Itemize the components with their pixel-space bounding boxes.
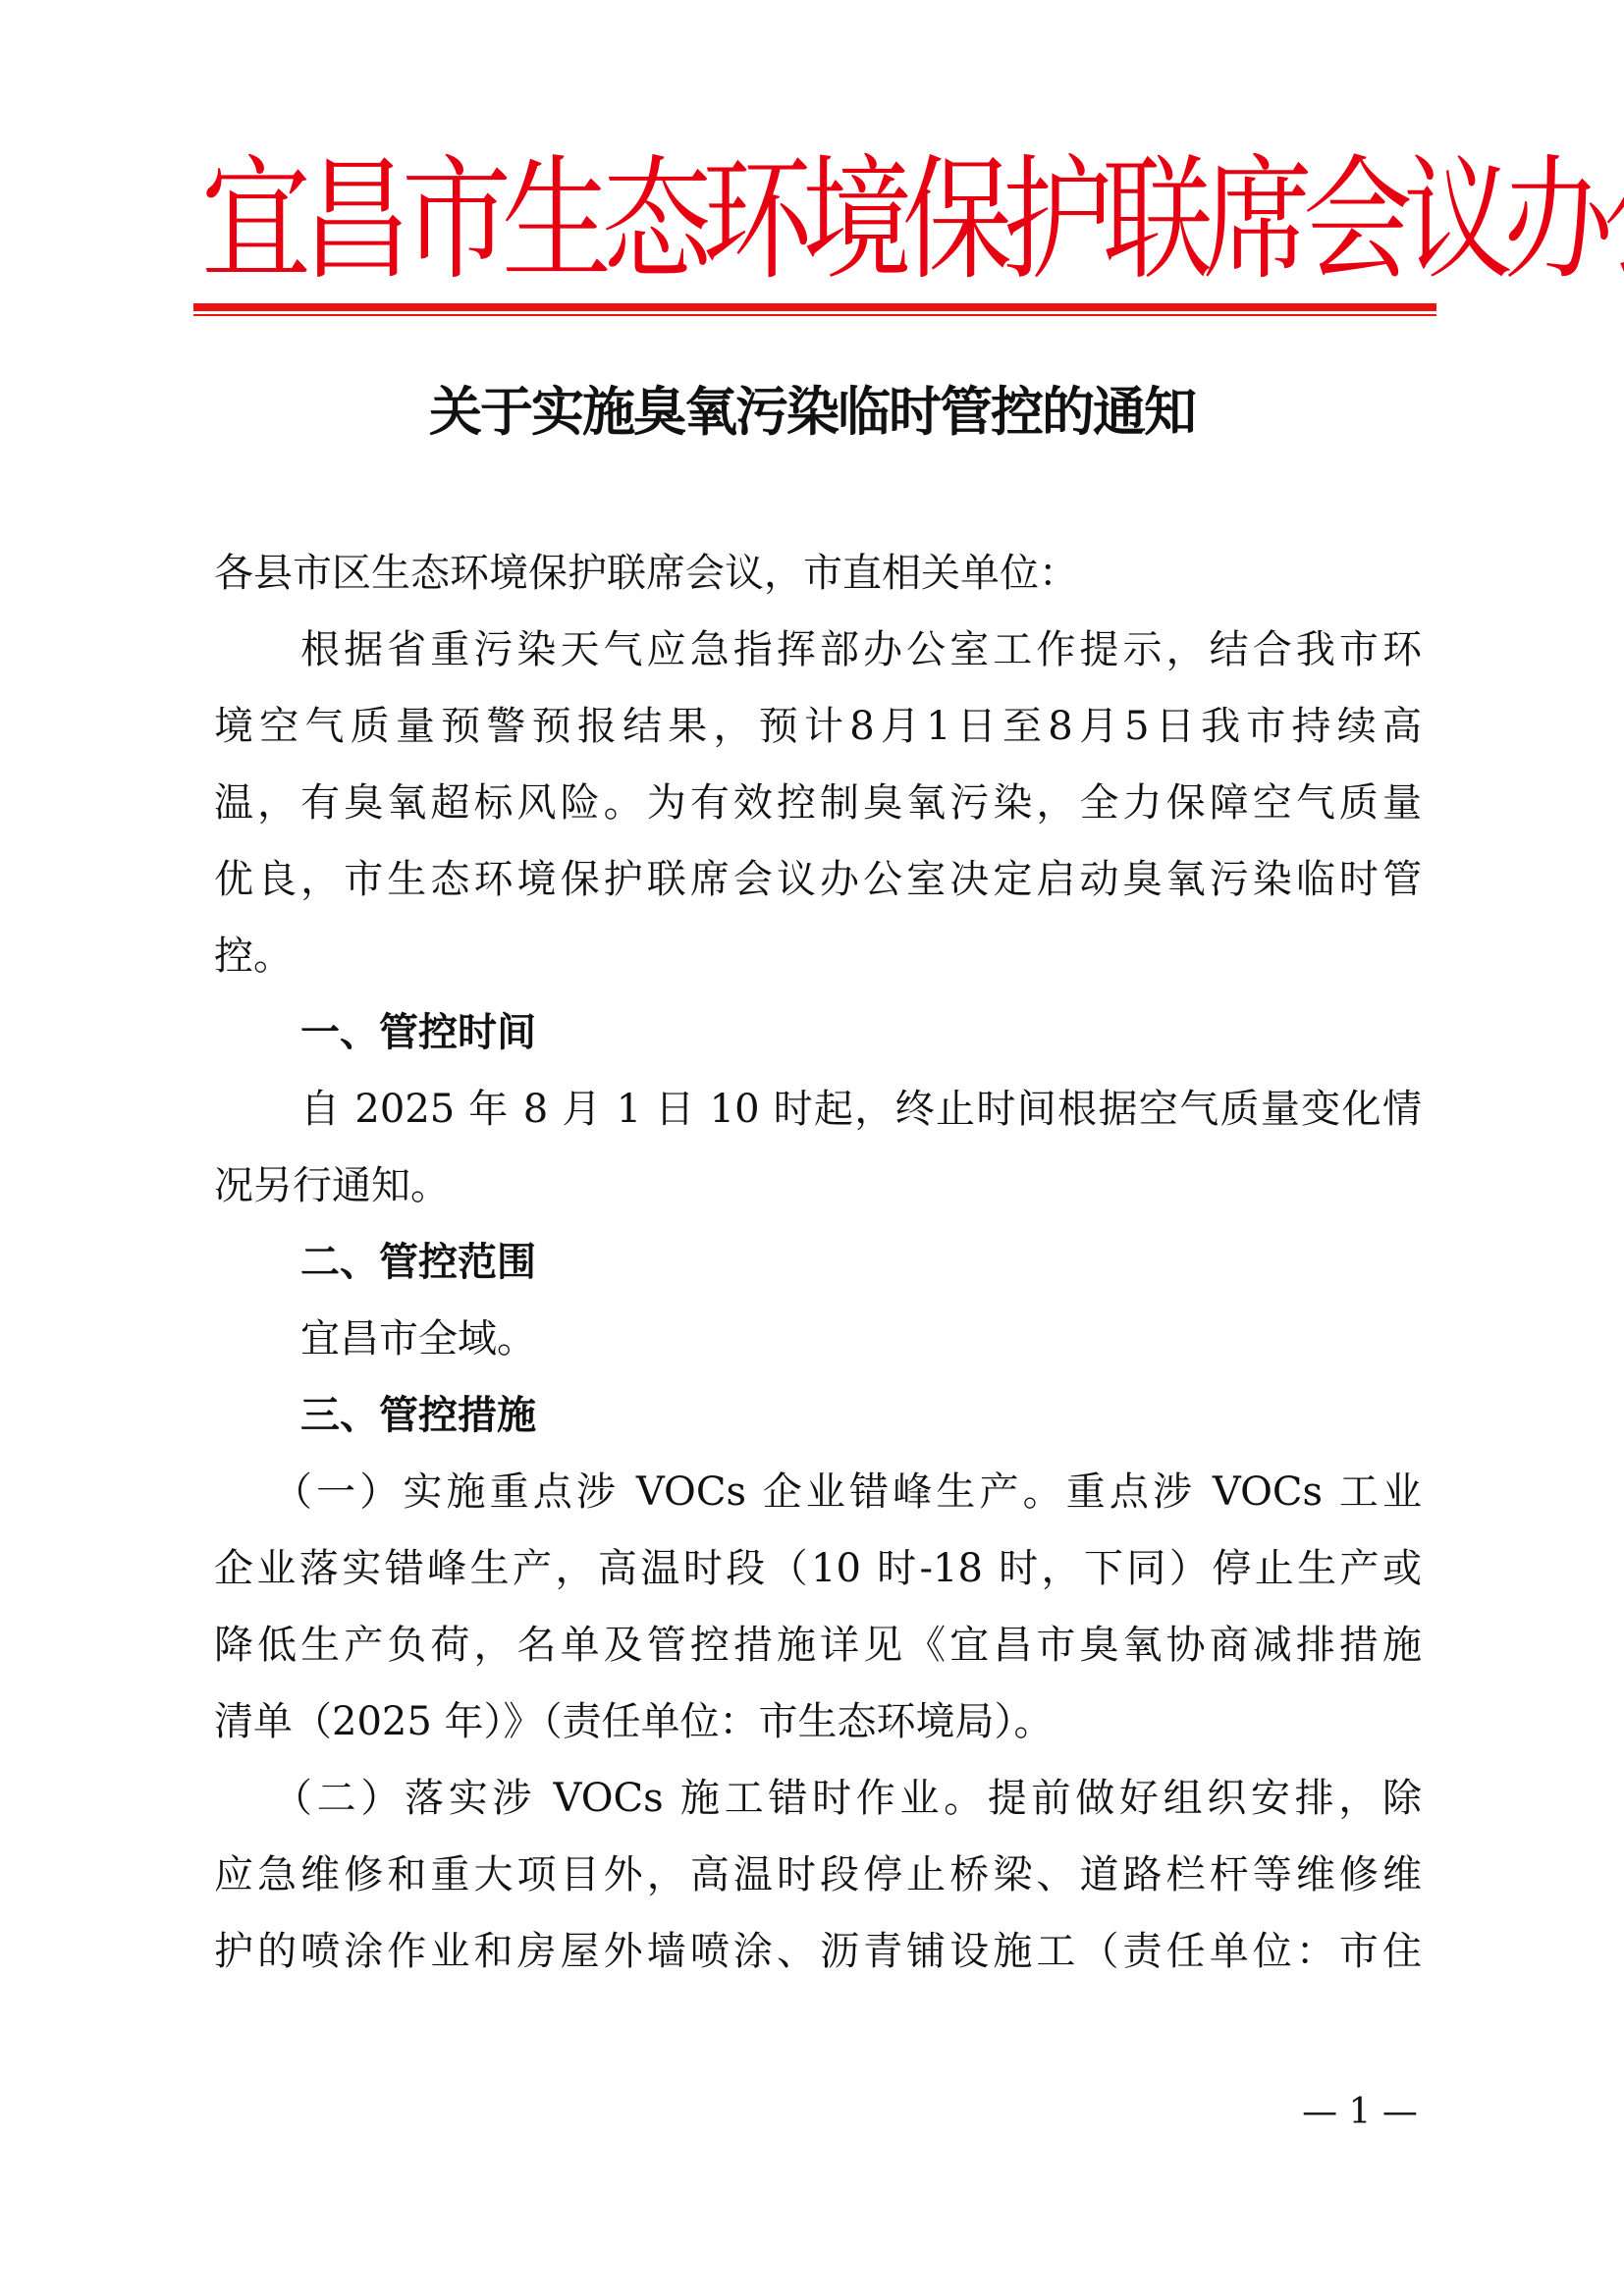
section-control-measures: 三、管控措施 （一）实施重点涉 VOCs 企业错峰生产。重点涉 VOCs 工业 …: [214, 1377, 1422, 1990]
document-body: 各县市区生态环境保护联席会议，市直相关单位： 根据省重污染天气应急指挥部办公室工…: [214, 535, 1422, 1990]
paragraph-line: 控。: [214, 918, 1422, 994]
paragraph-line: 自 2025 年 8 月 1 日 10 时起，终止时间根据空气质量变化情: [214, 1071, 1422, 1148]
section-heading: 一、管控时间: [214, 994, 1422, 1071]
red-rule-thin: [193, 314, 1436, 316]
red-rule-thick: [193, 303, 1436, 311]
paragraph-line: 企业落实错峰生产，高温时段（10 时-18 时，下同）停止生产或: [214, 1530, 1422, 1607]
paragraph-line: 境空气质量预警预报结果，预计8月1日至8月5日我市持续高: [214, 688, 1422, 765]
paragraph-line: 护的喷涂作业和房屋外墙喷涂、沥青铺设施工（责任单位：市住: [214, 1913, 1422, 1990]
paragraph-line: 优良，市生态环境保护联席会议办公室决定启动臭氧污染临时管: [214, 841, 1422, 918]
paragraph-line: 清单（2025 年）》（责任单位：市生态环境局）。: [214, 1683, 1422, 1760]
section-heading: 三、管控措施: [214, 1377, 1422, 1454]
measure-item-1: （一）实施重点涉 VOCs 企业错峰生产。重点涉 VOCs 工业 企业落实错峰生…: [214, 1454, 1422, 1760]
paragraph-line: 根据省重污染天气应急指挥部办公室工作提示，结合我市环: [214, 612, 1422, 688]
paragraph-line: （一）实施重点涉 VOCs 企业错峰生产。重点涉 VOCs 工业: [214, 1454, 1422, 1530]
paragraph-line: 温，有臭氧超标风险。为有效控制臭氧污染，全力保障空气质量: [214, 765, 1422, 841]
paragraph-line: （二）落实涉 VOCs 施工错时作业。提前做好组织安排，除: [214, 1760, 1422, 1837]
paragraph-line: 况另行通知。: [214, 1148, 1422, 1224]
paragraph-line: 应急维修和重大项目外，高温时段停止桥梁、道路栏杆等维修维: [214, 1837, 1422, 1913]
paragraph-line: 宜昌市全域。: [214, 1301, 1422, 1377]
issuing-organization-header: 宜昌市生态环境保护联席会议办公室: [201, 132, 1438, 311]
intro-paragraph: 根据省重污染天气应急指挥部办公室工作提示，结合我市环 境空气质量预警预报结果，预…: [214, 612, 1422, 994]
salutation: 各县市区生态环境保护联席会议，市直相关单位：: [214, 535, 1422, 612]
paragraph-line: 降低生产负荷，名单及管控措施详见《宜昌市臭氧协商减排措施: [214, 1607, 1422, 1683]
section-heading: 二、管控范围: [214, 1224, 1422, 1301]
page-number: — 1 —: [1286, 2088, 1434, 2137]
document-page: 宜昌市生态环境保护联席会议办公室 关于实施臭氧污染临时管控的通知 各县市区生态环…: [0, 0, 1624, 2296]
document-title: 关于实施臭氧污染临时管控的通知: [0, 378, 1624, 447]
section-control-scope: 二、管控范围 宜昌市全域。: [214, 1224, 1422, 1377]
measure-item-2: （二）落实涉 VOCs 施工错时作业。提前做好组织安排，除 应急维修和重大项目外…: [214, 1760, 1422, 1990]
section-control-time: 一、管控时间 自 2025 年 8 月 1 日 10 时起，终止时间根据空气质量…: [214, 994, 1422, 1224]
